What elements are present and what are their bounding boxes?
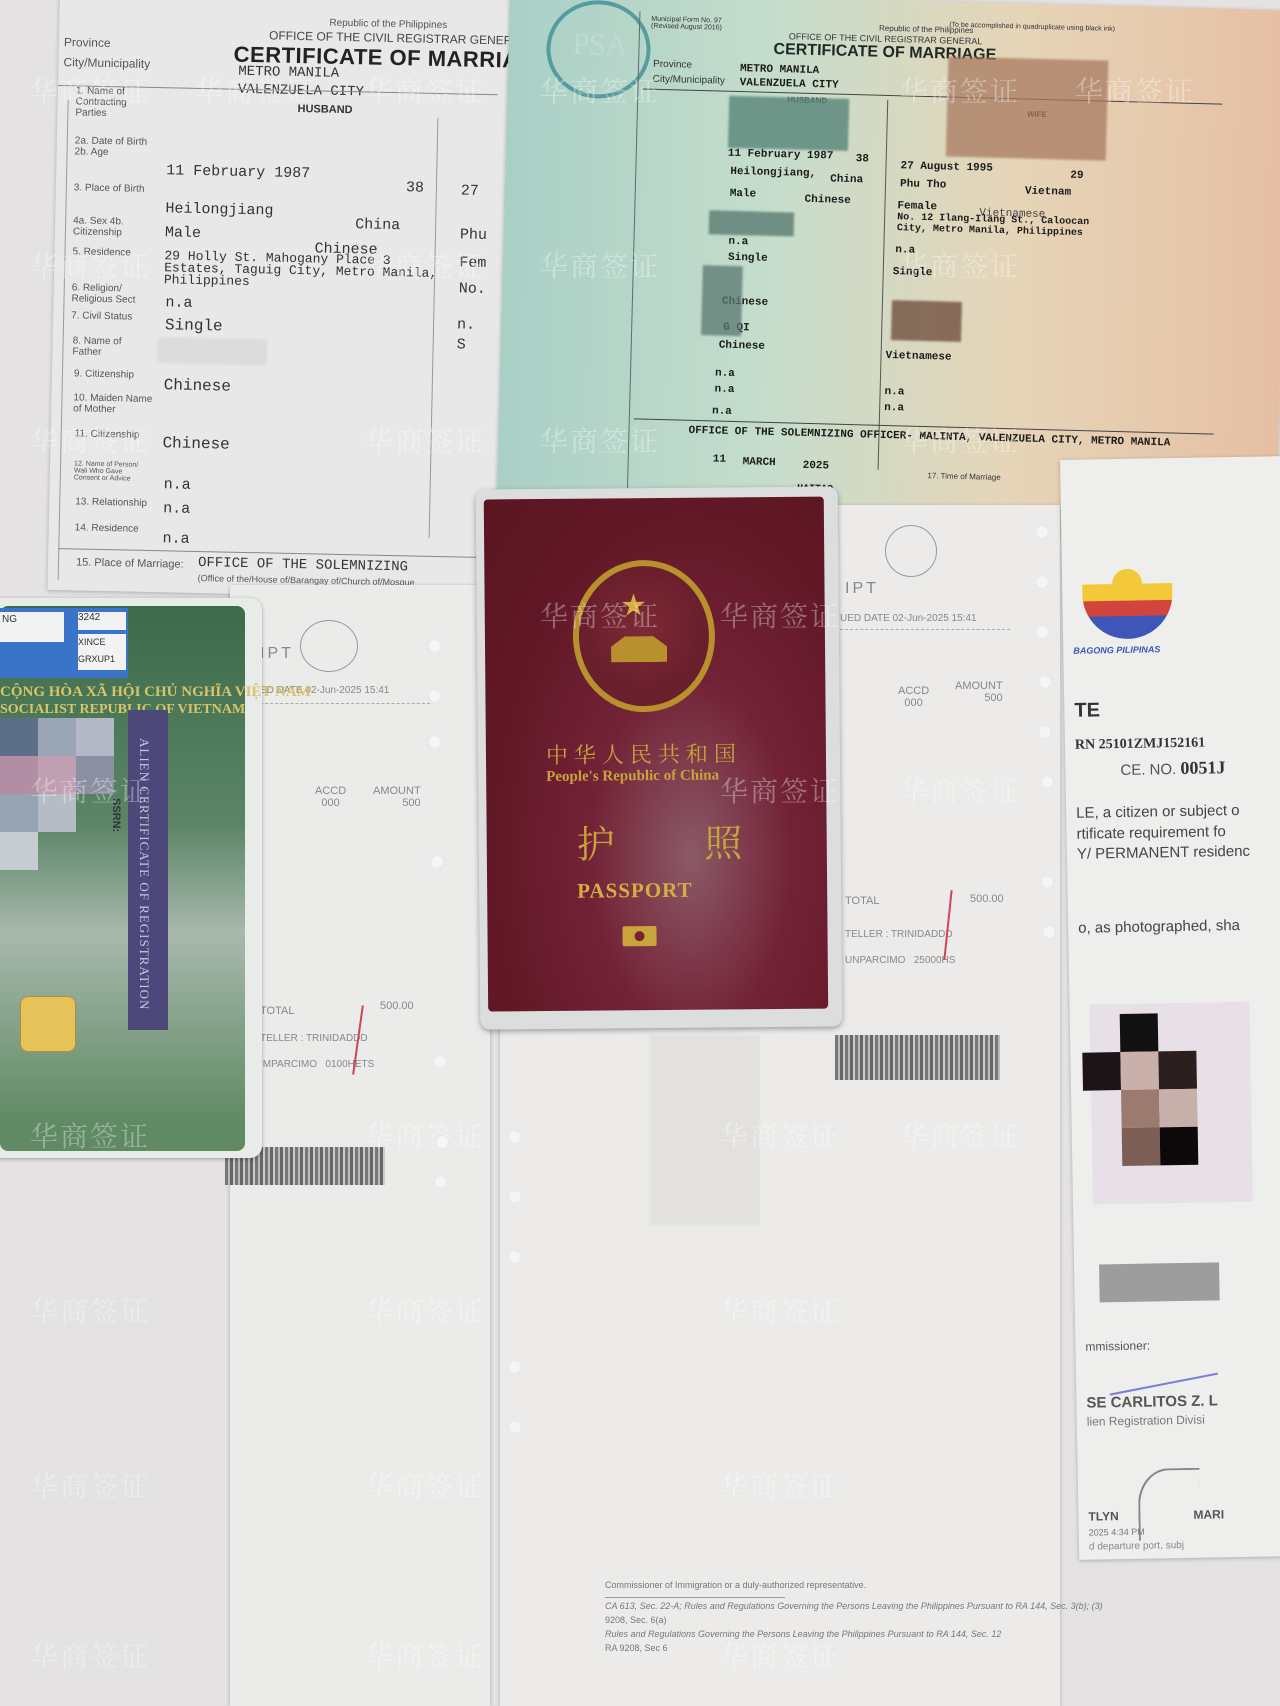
cert-right-consent: n.a bbox=[715, 368, 735, 381]
province-label: Province bbox=[64, 35, 111, 50]
receipt-mid-misc: UNPARCIMO 25000HS bbox=[845, 955, 955, 966]
husband-dob: 11 February 1987 bbox=[166, 162, 310, 182]
row-label-religion: 6. Religion/ Religious Sect bbox=[71, 282, 151, 306]
row-label-residence-2: 14. Residence bbox=[75, 522, 139, 534]
cert-right-wife-country: Vietnam bbox=[1025, 186, 1072, 199]
cert-right-wife-residence2: n.a bbox=[884, 402, 904, 415]
redacted-mother-name bbox=[891, 300, 962, 342]
footnote-5: RA 9208, Sec 6 bbox=[605, 1643, 668, 1653]
cert-right-province: METRO MANILA bbox=[740, 63, 820, 77]
receipt-left-title: IPT bbox=[260, 645, 294, 663]
immigration-body-3: Y/ PERMANENT residenc bbox=[1077, 843, 1250, 863]
cert-right-mother-citizenship: Chinese bbox=[719, 340, 766, 353]
form-number: Municipal Form No. 97 (Revised August 20… bbox=[651, 16, 741, 32]
cert-right-residence2: n.a bbox=[712, 405, 732, 418]
row-label-dob: 2a. Date of Birth 2b. Age bbox=[74, 135, 154, 159]
biometric-chip-icon bbox=[622, 926, 656, 946]
applicant-photo bbox=[1090, 1002, 1253, 1205]
row-label-name: 1. Name of Contracting Parties bbox=[75, 85, 146, 119]
ssrn-label: SSRN: bbox=[110, 798, 122, 832]
husband-civil-status: Single bbox=[165, 316, 223, 335]
wife-civil-partial: n. bbox=[457, 316, 475, 333]
redacted-residence bbox=[709, 210, 795, 236]
immigration-footer-1: d departure port, subj bbox=[1089, 1540, 1184, 1553]
redacted-name bbox=[1099, 1262, 1220, 1302]
red-pen-mark bbox=[943, 890, 952, 960]
row-label-sex: 4a. Sex 4b. Citizenship bbox=[73, 215, 153, 239]
cert-right-husband-country: China bbox=[830, 173, 863, 186]
row-label-residence: 5. Residence bbox=[72, 246, 131, 258]
signatory-1-title: lien Registration Divisi bbox=[1087, 1413, 1205, 1429]
passport-title-en: PASSPORT bbox=[577, 878, 693, 904]
cert-right-wife-sex: Female bbox=[897, 200, 937, 213]
immigration-ce-no: CE. NO. 0051J bbox=[1120, 757, 1225, 780]
sticker-text-left: NG bbox=[0, 612, 64, 642]
receipt-mid-date: UED DATE 02-Jun-2025 15:41 bbox=[840, 613, 977, 624]
row-label-civil-status: 7. Civil Status bbox=[71, 310, 132, 322]
sticker-text-2: XINCEGRXUP1 bbox=[78, 634, 126, 670]
passport-sleeve: ★ 中华人民共和国 People's Republic of China 护 照… bbox=[476, 486, 843, 1029]
receipt-left-total-label: TOTAL bbox=[260, 1005, 294, 1017]
logo-text: BAGONG PILIPINAS bbox=[1073, 644, 1160, 656]
city-label: City/Municipality bbox=[63, 55, 150, 71]
immigration-body-1: LE, a citizen or subject o bbox=[1076, 802, 1240, 822]
cert-right-place-of-marriage: OFFICE OF THE SOLEMNIZING OFFICER- MALIN… bbox=[688, 425, 1208, 452]
psa-seal: PSA bbox=[545, 0, 652, 100]
cert-right-wife-civil-status: Single bbox=[893, 266, 933, 279]
black-signature bbox=[1138, 1468, 1201, 1541]
cert-right-marriage-day: 11 bbox=[713, 453, 727, 465]
mother-citizenship: Chinese bbox=[162, 434, 230, 453]
redacted-wife-name bbox=[946, 56, 1109, 160]
footnote-1: Commissioner of Immigration or a duly-au… bbox=[605, 1580, 866, 1590]
husband-age: 38 bbox=[406, 179, 424, 196]
cert-right-husband-sex: Male bbox=[730, 188, 757, 201]
footnote-3: 9208, Sec. 6(a) bbox=[605, 1615, 667, 1625]
husband-country: China bbox=[355, 216, 400, 234]
card-header-en: SOCIALIST REPUBLIC OF VIETNAM bbox=[0, 702, 245, 718]
receipt-left-accd: ACCD000 bbox=[315, 785, 346, 809]
cert-right-note: (To be accomplished in quadruplicate usi… bbox=[949, 22, 1115, 33]
residence-2-value: n.a bbox=[162, 530, 189, 548]
receipt-left-teller: TELLER : TRINIDADDD bbox=[260, 1033, 368, 1044]
passport-country-en: People's Republic of China bbox=[546, 767, 719, 786]
cert-right-husband-religion: n.a bbox=[728, 236, 748, 249]
consent-value: n.a bbox=[163, 476, 190, 494]
immigration-body-2: rtificate requirement fo bbox=[1076, 823, 1226, 843]
national-emblem-icon: ★ bbox=[572, 560, 715, 713]
place-of-marriage-value: OFFICE OF THE SOLEMNIZING bbox=[198, 555, 408, 575]
immigration-body-4: o, as photographed, sha bbox=[1078, 917, 1240, 937]
cert-right-relationship: n.a bbox=[714, 383, 734, 396]
barcode bbox=[835, 1035, 1000, 1080]
row-label-citizenship-father: 9. Citizenship bbox=[74, 368, 134, 380]
wife-father-partial: S bbox=[456, 336, 465, 353]
cert-right-time-label: 17. Time of Marriage bbox=[927, 471, 1001, 482]
receipt-mid-accd: ACCD000 bbox=[898, 685, 929, 709]
relationship-value: n.a bbox=[163, 500, 190, 518]
footnote-2: CA 613, Sec. 22-A; Rules and Regulations… bbox=[605, 1601, 1103, 1611]
passport-country-cn: 中华人民共和国 bbox=[546, 737, 742, 770]
commissioner-label: mmissioner: bbox=[1085, 1339, 1150, 1354]
husband-sex: Male bbox=[165, 224, 201, 242]
husband-religion: n.a bbox=[165, 294, 192, 312]
cert-right-wife-birthplace: Phu Tho bbox=[900, 178, 947, 191]
receipt-mid-total-label: TOTAL bbox=[845, 895, 879, 907]
cert-right-wife-age: 29 bbox=[1070, 170, 1084, 182]
husband-residence: 29 Holly St. Mahogany Place 3 Estates, T… bbox=[164, 250, 445, 292]
husband-birthplace: Heilongjiang bbox=[165, 200, 273, 219]
row-label-father: 8. Name of Father bbox=[72, 335, 132, 358]
sticker: NG 3242 XINCEGRXUP1 bbox=[0, 608, 128, 678]
receipt-mid-title: IPT bbox=[845, 580, 879, 598]
receipt-left-misc: IMPARCIMO 0100HETS bbox=[260, 1059, 374, 1070]
signatory-2-end: MARI bbox=[1193, 1507, 1224, 1522]
chip-icon bbox=[20, 996, 76, 1052]
redacted-father-name bbox=[701, 265, 743, 336]
receipt-mid-amount: AMOUNT500 bbox=[955, 680, 1003, 704]
wife-birthplace-partial: Phu bbox=[460, 226, 487, 244]
cert-right-marriage-month: MARCH bbox=[743, 456, 776, 469]
signatory-1: SE CARLITOS Z. L bbox=[1086, 1392, 1218, 1411]
cert-right-wife-religion: n.a bbox=[895, 244, 915, 257]
cert-right-husband-birthplace: Heilongjiang, bbox=[730, 166, 816, 180]
signatory-2: TLYN bbox=[1088, 1509, 1118, 1524]
psa-seal-text: PSA bbox=[572, 28, 628, 63]
cert-right-marriage-year: 2025 bbox=[802, 460, 829, 473]
receipt-left-amount: AMOUNT500 bbox=[373, 785, 421, 809]
receipt-left: IPT ED DATE 02-Jun-2025 15:41 ACCD000 AM… bbox=[230, 585, 490, 1706]
wife-residence-partial: No. bbox=[459, 280, 486, 298]
sticker-text-1: 3242 bbox=[78, 612, 126, 630]
receipt-left-total-value: 500.00 bbox=[380, 1000, 414, 1012]
redacted-father-name bbox=[157, 337, 268, 365]
cert-left-province: METRO MANILA bbox=[238, 64, 339, 82]
cert-right-husband-age: 38 bbox=[856, 153, 870, 165]
row-label-birthplace: 3. Place of Birth bbox=[74, 182, 145, 194]
row-label-consent: 12. Name of Person/ Wali Who Gave Consen… bbox=[74, 460, 144, 482]
cert-right-husband-civil-status: Single bbox=[728, 252, 768, 265]
row-label-mother: 10. Maiden Name of Mother bbox=[73, 392, 158, 416]
immigration-cert-title: TE bbox=[1074, 699, 1100, 722]
cert-right-husband-citizenship: Chinese bbox=[804, 194, 851, 207]
redacted-block bbox=[650, 1035, 760, 1225]
footnote-4: Rules and Regulations Governing the Pers… bbox=[605, 1629, 1001, 1639]
cert-right-wife-mother-citizenship: Vietnamese bbox=[885, 350, 951, 364]
cert-right-wife-dob: 27 August 1995 bbox=[900, 160, 993, 174]
alien-certificate-card: NG 3242 XINCEGRXUP1 CỘNG HÒA XÃ HỘI CHỦ … bbox=[0, 598, 262, 1158]
cert-right-city: VALENZUELA CITY bbox=[739, 77, 838, 92]
immigration-certificate: BAGONG PILIPINAS TE RN 25101ZMJ152161 CE… bbox=[1060, 456, 1280, 1560]
place-of-marriage-label: 15. Place of Marriage: bbox=[76, 556, 184, 570]
father-citizenship: Chinese bbox=[164, 376, 232, 395]
bureau-seal-icon bbox=[885, 525, 937, 577]
row-label-citizenship-mother: 11. Citizenship bbox=[75, 428, 140, 440]
acr-vertical-label: ALIEN CERTIFICATE OF REGISTRATION bbox=[136, 738, 152, 1010]
row-label-relationship: 13. Relationship bbox=[75, 496, 147, 508]
cert-right-wife-relationship: n.a bbox=[884, 386, 904, 399]
bagong-pilipinas-logo bbox=[1082, 568, 1173, 640]
signature-timestamp: 2025 4:34 PM bbox=[1089, 1527, 1145, 1538]
passport-cover: ★ 中华人民共和国 People's Republic of China 护 照… bbox=[484, 497, 828, 1012]
husband-label: HUSBAND bbox=[297, 103, 352, 116]
receipt-mid-total-value: 500.00 bbox=[970, 893, 1004, 905]
receipt-mid-teller: TELLER : TRINIDADDD bbox=[845, 929, 953, 940]
wife-sex-partial: Fem bbox=[459, 254, 486, 272]
bureau-seal-icon bbox=[300, 620, 358, 672]
card-header-vn: CỘNG HÒA XÃ HỘI CHỦ NGHĨA VIỆT NAM bbox=[0, 684, 311, 701]
cert-right-wife-residence: No. 12 Ilang-Ilang St., Caloocan City, M… bbox=[897, 212, 1098, 239]
passport-title-cn: 护 照 bbox=[576, 812, 782, 869]
redacted-husband-name bbox=[728, 96, 849, 151]
immigration-rn: RN 25101ZMJ152161 bbox=[1075, 736, 1206, 754]
wife-age-partial: 27 bbox=[461, 182, 479, 199]
